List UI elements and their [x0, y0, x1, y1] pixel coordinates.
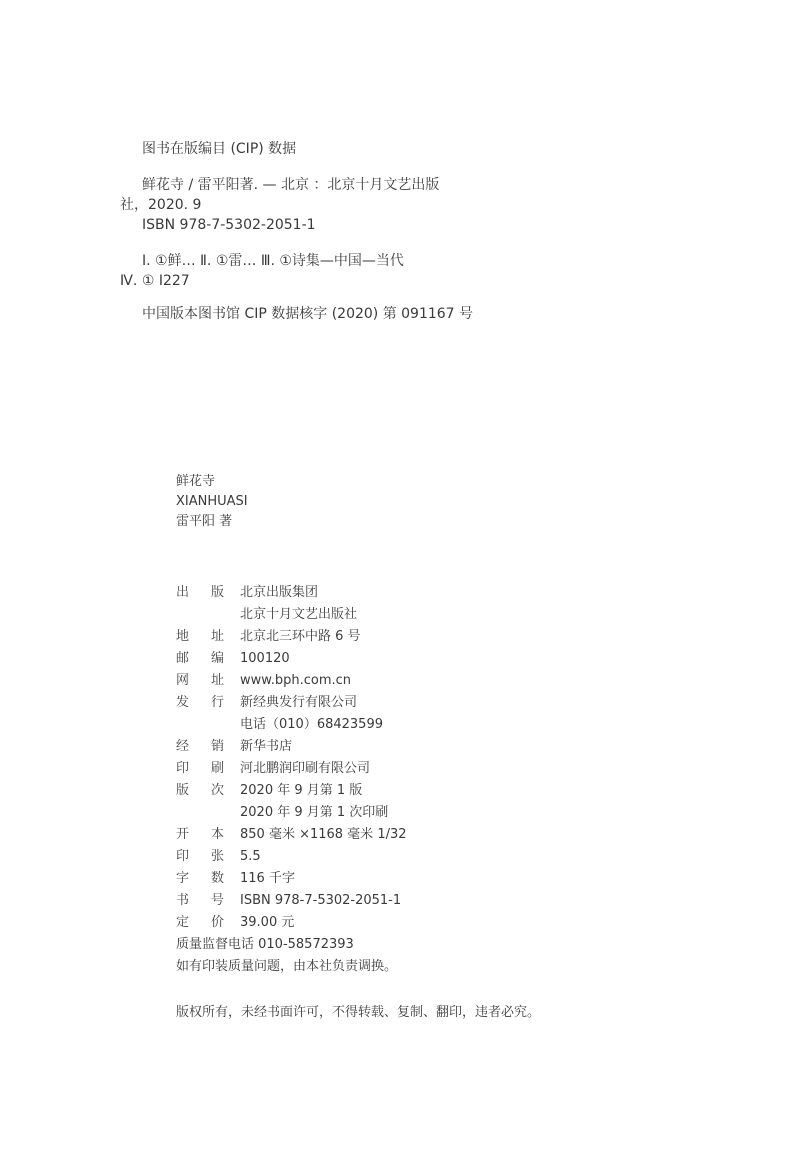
info-row-postcode: 邮编100120: [176, 648, 407, 670]
info-value: 100120: [240, 648, 290, 670]
cip-isbn: ISBN 978-7-5302-2051-1: [142, 216, 316, 234]
info-value: www.bph.com.cn: [240, 670, 351, 692]
info-row-word-count: 字数116 千字: [176, 868, 407, 890]
info-value: 2020 年 9 月第 1 次印刷: [240, 802, 388, 824]
book-title-block: 鲜花寺 XIANHUASI 雷平阳 著: [176, 472, 248, 532]
info-value: 北京出版集团: [240, 582, 318, 604]
cip-bibliographic-line: 鲜花寺 / 雷平阳著. — 北京 ：北京十月文艺出版: [142, 176, 439, 194]
info-row-printer: 印刷河北鹏润印刷有限公司: [176, 758, 407, 780]
book-author: 雷平阳 著: [176, 512, 248, 532]
info-value: 北京十月文艺出版社: [240, 604, 357, 626]
info-value: 39.00 元: [240, 912, 294, 934]
info-row-publisher-cont: 北京十月文艺出版社: [176, 604, 407, 626]
cip-bibliographic-line-cont: 社，2020. 9: [120, 196, 201, 214]
publication-info: 出版北京出版集团 北京十月文艺出版社 地址北京北三环中路 6 号 邮编10012…: [176, 582, 407, 978]
quality-note: 如有印装质量问题，由本社负责调换。: [176, 956, 407, 978]
info-value: 河北鹏润印刷有限公司: [240, 758, 370, 780]
info-row-price: 定价39.00 元: [176, 912, 407, 934]
info-row-website: 网址www.bph.com.cn: [176, 670, 407, 692]
book-pinyin: XIANHUASI: [176, 492, 248, 512]
info-row-sheets: 印张5.5: [176, 846, 407, 868]
cip-classification-cont: Ⅳ. ① I227: [120, 272, 190, 290]
info-row-format: 开本850 毫米 ×1168 毫米 1/32: [176, 824, 407, 846]
cip-verification-number: 中国版本图书馆 CIP 数据核字 (2020) 第 091167 号: [142, 305, 473, 323]
info-value: ISBN 978-7-5302-2051-1: [240, 890, 401, 912]
info-value: 新华书店: [240, 736, 292, 758]
cip-title: 图书在版编目 (CIP) 数据: [142, 140, 296, 158]
info-row-edition: 版次2020 年 9 月第 1 版: [176, 780, 407, 802]
info-value: 新经典发行有限公司: [240, 692, 357, 714]
info-row-distributor-phone: 电话（010）68423599: [176, 714, 407, 736]
info-row-seller: 经销新华书店: [176, 736, 407, 758]
book-title: 鲜花寺: [176, 472, 248, 492]
copyright-notice: 版权所有，未经书面许可，不得转载、复制、翻印，违者必究。: [176, 1003, 540, 1023]
quality-phone: 质量监督电话 010-58572393: [176, 934, 407, 956]
info-row-isbn: 书号ISBN 978-7-5302-2051-1: [176, 890, 407, 912]
info-value: 850 毫米 ×1168 毫米 1/32: [240, 824, 407, 846]
info-row-distributor: 发行新经典发行有限公司: [176, 692, 407, 714]
info-value: 2020 年 9 月第 1 版: [240, 780, 362, 802]
info-value: 北京北三环中路 6 号: [240, 626, 361, 648]
info-row-publisher: 出版北京出版集团: [176, 582, 407, 604]
info-row-printing: 2020 年 9 月第 1 次印刷: [176, 802, 407, 824]
cip-classification: Ⅰ. ①鲜… Ⅱ. ①雷… Ⅲ. ①诗集—中国—当代: [142, 252, 404, 270]
info-value: 5.5: [240, 846, 261, 868]
info-value: 116 千字: [240, 868, 295, 890]
info-row-address: 地址北京北三环中路 6 号: [176, 626, 407, 648]
info-value: 电话（010）68423599: [240, 714, 383, 736]
